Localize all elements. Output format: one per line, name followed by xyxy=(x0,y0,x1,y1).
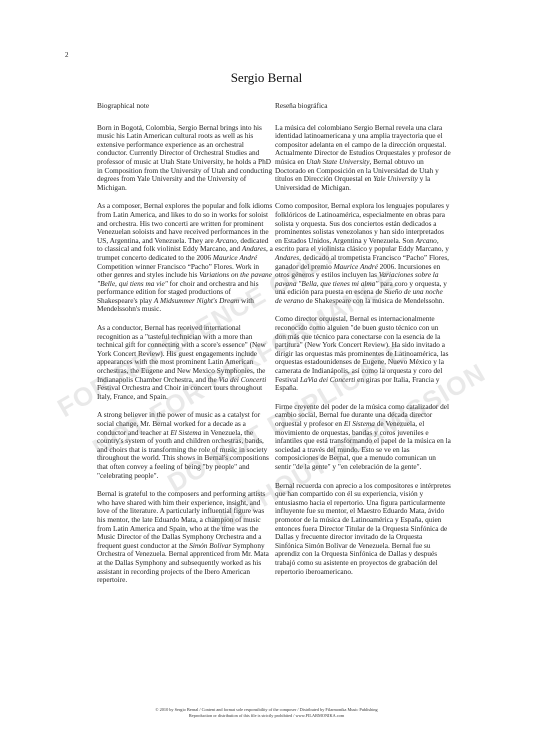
spanish-paragraph: Como compositor, Bernal explora los leng… xyxy=(275,202,451,305)
english-paragraph: As a composer, Bernal explores the popul… xyxy=(97,202,273,314)
spanish-paragraph: Bernal recuerda con aprecio a los compos… xyxy=(275,482,451,577)
spanish-column: Reseña biográfica La música del colombia… xyxy=(275,102,451,586)
page-number: 2 xyxy=(65,51,69,59)
copyright-footer: © 2010 by Sergio Bernal / Content and fo… xyxy=(0,707,533,719)
spanish-paragraph: La música del colombiano Sergio Bernal r… xyxy=(275,124,451,193)
english-paragraph: As a conductor, Bernal has received inte… xyxy=(97,324,273,401)
spanish-paragraph: Firme creyente del poder de la música co… xyxy=(275,403,451,472)
english-column: Biographical note Born in Bogotá, Colomb… xyxy=(97,102,273,595)
english-heading: Biographical note xyxy=(97,102,273,111)
page-title: Sergio Bernal xyxy=(0,70,533,86)
spanish-paragraph: Como director orquestal, Bernal es inter… xyxy=(275,315,451,392)
spanish-heading: Reseña biográfica xyxy=(275,102,451,111)
english-paragraph: Born in Bogotá, Colombia, Sergio Bernal … xyxy=(97,124,273,193)
english-paragraph: Bernal is grateful to the composers and … xyxy=(97,490,273,585)
english-paragraph: A strong believer in the power of music … xyxy=(97,411,273,480)
footer-line-2: Reproduction or distribution of this fil… xyxy=(0,713,533,719)
